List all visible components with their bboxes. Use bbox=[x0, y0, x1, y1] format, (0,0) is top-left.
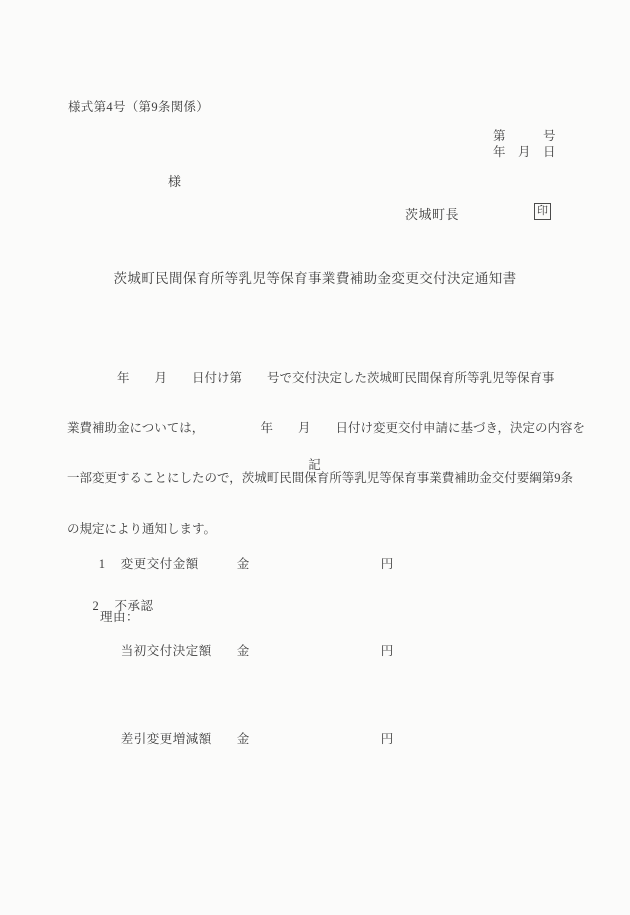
date-blank: 年 月 日 bbox=[493, 142, 556, 160]
amount-label-difference: 差引変更増減額 bbox=[121, 731, 237, 749]
form-number: 様式第4号（第9条関係） bbox=[68, 97, 209, 115]
seal-label: 印 bbox=[537, 206, 548, 217]
sender-title: 茨城町長 bbox=[405, 204, 459, 223]
currency-unit: 円 bbox=[381, 732, 394, 746]
seal-placeholder: 印 bbox=[534, 203, 551, 220]
amount-label-changed: 変更交付金額 bbox=[121, 556, 237, 574]
amounts-list: 1変更交付金額金円 当初交付決定額金円 差引変更増減額金円 bbox=[80, 503, 393, 801]
amount-row-difference: 差引変更増減額金円 bbox=[80, 713, 393, 766]
item1-number: 1 bbox=[99, 556, 121, 574]
amount-label-initial: 当初交付決定額 bbox=[121, 643, 237, 661]
body-line-2: 業費補助金については， 年 月 日付け変更交付申請に基づき，決定の内容を bbox=[67, 420, 587, 437]
currency-prefix: 金 bbox=[237, 556, 381, 574]
document-title: 茨城町民間保育所等乳児等保育事業費補助金変更交付決定通知書 bbox=[0, 267, 630, 287]
reason-label: 理由： bbox=[100, 607, 139, 625]
currency-prefix: 金 bbox=[237, 731, 381, 749]
body-line-1: 年 月 日付け第 号で交付決定した茨城町民間保育所等乳児等保育事 bbox=[67, 370, 587, 387]
document-page: 様式第4号（第9条関係） 第 号 年 月 日 様 茨城町長 印 茨城町民間保育所… bbox=[0, 0, 630, 915]
section-marker: 記 bbox=[0, 455, 630, 473]
amount-row-initial: 当初交付決定額金円 bbox=[80, 626, 393, 679]
recipient-honorific: 様 bbox=[168, 171, 181, 190]
currency-prefix: 金 bbox=[237, 643, 381, 661]
currency-unit: 円 bbox=[381, 557, 394, 571]
currency-unit: 円 bbox=[381, 644, 394, 658]
